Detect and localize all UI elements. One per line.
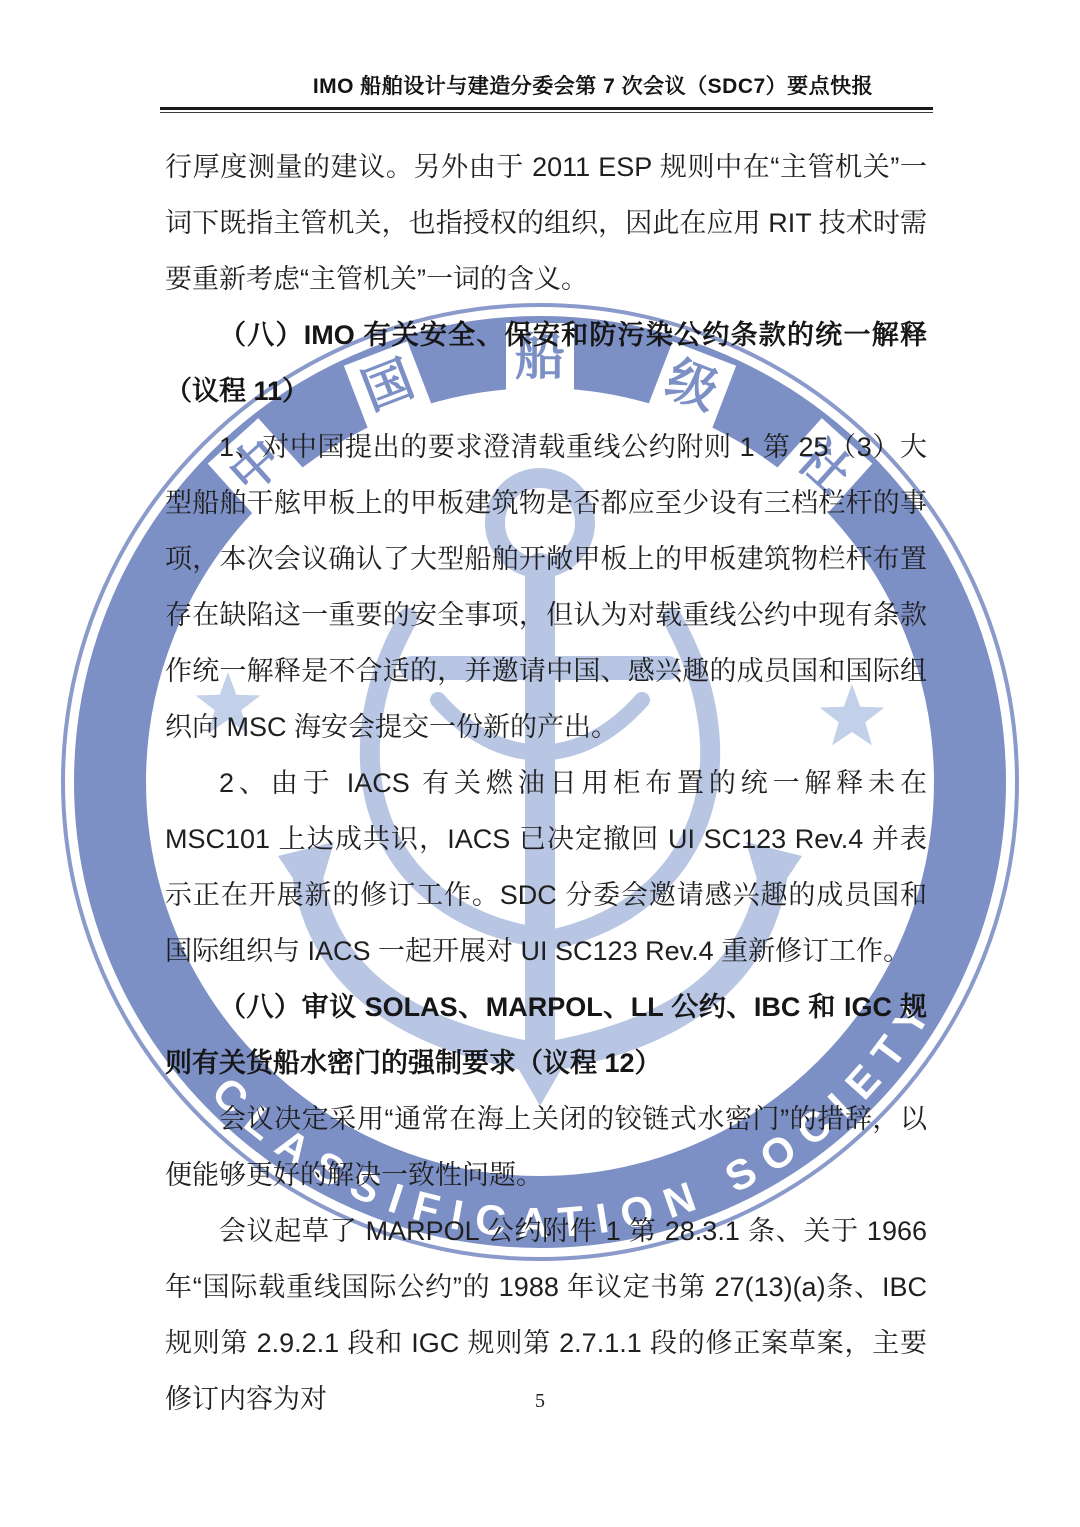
body-paragraph: 会议决定采用“通常在海上关闭的铰链式水密门”的措辞，以便能够更好的解决一致性问题… bbox=[165, 1091, 927, 1203]
document-body: 行厚度测量的建议。另外由于 2011 ESP 规则中在“主管机关”一词下既指主管… bbox=[165, 139, 927, 1427]
document-page: CLASSIFICATION SOCIETY 中 国 船 级 社 bbox=[0, 0, 1080, 1527]
header-rule-thick-line bbox=[160, 107, 933, 110]
body-paragraph: 行厚度测量的建议。另外由于 2011 ESP 规则中在“主管机关”一词下既指主管… bbox=[165, 139, 927, 307]
body-paragraph: 2、由于 IACS 有关燃油日用柜布置的统一解释未在 MSC101 上达成共识，… bbox=[165, 755, 927, 979]
header-rule bbox=[160, 107, 933, 113]
section-heading: （八）审议 SOLAS、MARPOL、LL 公约、IBC 和 IGC 规则有关货… bbox=[165, 979, 927, 1091]
page-header: IMO 船舶设计与建造分委会第 7 次会议（SDC7）要点快报 bbox=[0, 0, 1080, 113]
header-rule-thin-line bbox=[160, 112, 933, 113]
header-title: IMO 船舶设计与建造分委会第 7 次会议（SDC7）要点快报 bbox=[208, 70, 978, 100]
page-number: 5 bbox=[0, 1390, 1080, 1413]
section-heading: （八）IMO 有关安全、保安和防污染公约条款的统一解释（议程 11） bbox=[165, 307, 927, 419]
body-paragraph: 1、对中国提出的要求澄清载重线公约附则 1 第 25（3）大型船舶干舷甲板上的甲… bbox=[165, 419, 927, 755]
